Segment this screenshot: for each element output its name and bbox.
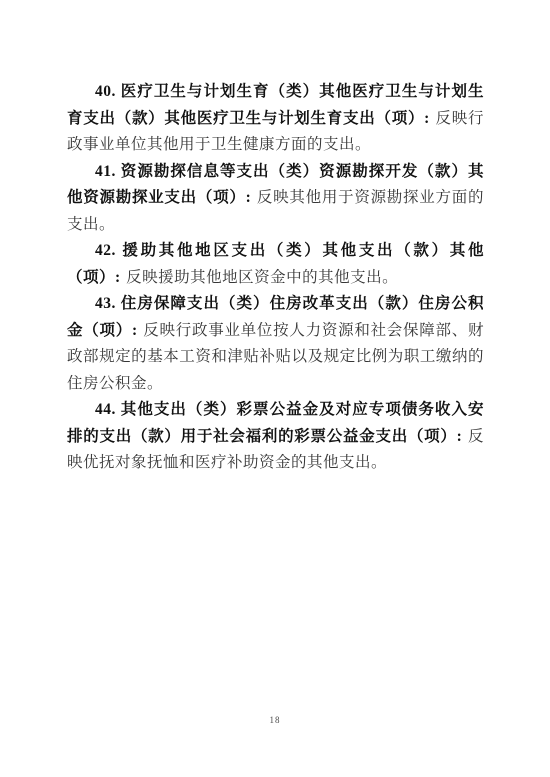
item-44-heading: 44. 其他支出（类）彩票公益金及对应专项债务收入安排的支出（款）用于社会福利的… bbox=[67, 401, 484, 445]
budget-item-44: 44. 其他支出（类）彩票公益金及对应专项债务收入安排的支出（款）用于社会福利的… bbox=[67, 397, 484, 477]
budget-item-40: 40. 医疗卫生与计划生育（类）其他医疗卫生与计划生育支出（款）其他医疗卫生与计… bbox=[67, 79, 484, 159]
page-number: 18 bbox=[0, 715, 550, 725]
document-page: 40. 医疗卫生与计划生育（类）其他医疗卫生与计划生育支出（款）其他医疗卫生与计… bbox=[0, 0, 550, 777]
budget-item-42: 42. 援助其他地区支出（类）其他支出（款）其他（项）:反映援助其他地区资金中的… bbox=[67, 238, 484, 291]
document-body: 40. 医疗卫生与计划生育（类）其他医疗卫生与计划生育支出（款）其他医疗卫生与计… bbox=[67, 79, 484, 477]
item-40-heading: 40. 医疗卫生与计划生育（类）其他医疗卫生与计划生育支出（款）其他医疗卫生与计… bbox=[67, 83, 484, 127]
item-42-description: 反映援助其他地区资金中的其他支出。 bbox=[126, 269, 398, 286]
budget-item-41: 41. 资源勘探信息等支出（类）资源勘探开发（款）其他资源勘探业支出（项）:反映… bbox=[67, 159, 484, 239]
budget-item-43: 43. 住房保障支出（类）住房改革支出（款）住房公积金（项）:反映行政事业单位按… bbox=[67, 291, 484, 397]
